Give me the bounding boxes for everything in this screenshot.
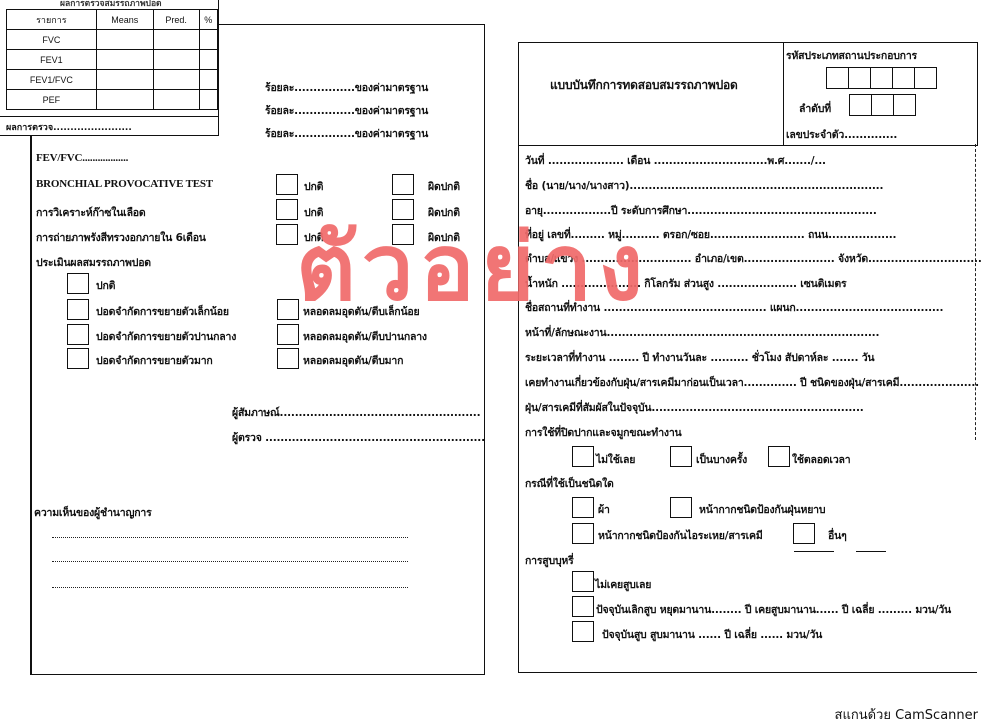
mask-always-label: ใช้ตลอดเวลา — [792, 451, 850, 468]
restrictive-mild-label: ปอดจำกัดการขยายตัวเล็กน้อย — [96, 303, 229, 320]
mask-never-checkbox[interactable] — [572, 446, 594, 467]
obstructive-severe-checkbox[interactable] — [277, 348, 299, 369]
row-label: FEV1/FVC — [7, 70, 97, 90]
header-means: Means — [96, 10, 153, 30]
fev1-percent-line: ร้อยละ................ของค่ามาตรฐาน — [265, 102, 428, 119]
pef-percent-cell[interactable] — [199, 90, 217, 110]
header-item: รายการ — [7, 10, 97, 30]
row-label: PEF — [7, 90, 97, 110]
header-percent: % — [199, 10, 217, 30]
camscanner-brand: สแกนด้วย CamScanner — [835, 704, 978, 724]
smoking-current-label[interactable]: ปัจจุบันสูบ สูบมานาน ...... ปี เฉลี่ย ..… — [602, 626, 822, 643]
mask-cloth-label: ผ้า — [598, 501, 610, 518]
business-code-digit-3[interactable] — [870, 67, 893, 89]
ratio-pred-cell[interactable] — [153, 70, 199, 90]
fvc-pred-cell[interactable] — [153, 30, 199, 50]
restrictive-severe-checkbox[interactable] — [67, 348, 89, 369]
mask-other-checkbox[interactable] — [793, 523, 815, 544]
table-row: FEV1/FVC — [7, 70, 218, 90]
header-divider — [783, 42, 784, 146]
business-code-digit-4[interactable] — [892, 67, 915, 89]
pef-pred-cell[interactable] — [153, 90, 199, 110]
right-page-edge — [975, 144, 976, 440]
table-row: FVC — [7, 30, 218, 50]
fvc-means-cell[interactable] — [96, 30, 153, 50]
smoking-never-checkbox[interactable] — [572, 571, 594, 592]
restrictive-severe-label: ปอดจำกัดการขยายตัวมาก — [96, 352, 213, 369]
smoking-quit-label[interactable]: ปัจจุบันเลิกสูบ หยุดมานาน........ ปี เคย… — [596, 601, 951, 618]
bronchial-abnormal-checkbox[interactable] — [392, 174, 414, 195]
smoking-title: การสูบบุหรี่ — [525, 552, 574, 569]
expert-opinion-line-1[interactable] — [52, 537, 408, 538]
work-duration-field[interactable]: ระยะเวลาที่ทำงาน ........ ปี ทำงานวันละ … — [525, 349, 874, 366]
sequence-digit-3[interactable] — [893, 94, 916, 116]
test-result-field[interactable]: ผลการตรวจ....................... — [6, 120, 132, 134]
examiner-field[interactable]: ผู้ตรวจ ................................… — [232, 429, 485, 446]
mask-dust-label: หน้ากากชนิดป้องกันฝุ่นหยาบ — [699, 501, 825, 518]
mask-dust-checkbox[interactable] — [670, 497, 692, 518]
spirometry-results-table: ผลการตรวจสมรรถภาพปอด รายการ Means Pred. … — [0, 0, 219, 136]
current-exposure-field[interactable]: ฝุ่น/สารเคมีที่สัมผัสในปัจจุบัน.........… — [525, 399, 864, 416]
expert-opinion-line-2[interactable] — [52, 561, 408, 562]
ratio-means-cell[interactable] — [96, 70, 153, 90]
blood-gas-normal-checkbox[interactable] — [276, 199, 298, 220]
restrictive-moderate-label: ปอดจำกัดการขยายตัวปานกลาง — [96, 328, 236, 345]
mask-usage-title: การใช้ที่ปิดปากและจมูกขณะทำงาน — [525, 424, 682, 441]
row-label: FVC — [7, 30, 97, 50]
past-exposure-field[interactable]: เคยทำงานเกี่ยวข้องกับฝุ่น/สารเคมีมาก่อนเ… — [525, 374, 979, 391]
smoking-quit-checkbox[interactable] — [572, 596, 594, 617]
mask-never-label: ไม่ใช้เลย — [596, 451, 635, 468]
date-field[interactable]: วันที่ .................... เดือน ......… — [525, 152, 826, 169]
fvc-percent-cell[interactable] — [199, 30, 217, 50]
obstructive-severe-label: หลอดลมอุดตัน/ตีบมาก — [303, 352, 403, 369]
assessment-title: ประเมินผลสมรรถภาพปอด — [36, 254, 151, 271]
restrictive-mild-checkbox[interactable] — [67, 299, 89, 320]
mask-chemical-label: หน้ากากชนิดป้องกันไอระเหย/สารเคมี — [598, 527, 763, 544]
header-pred: Pred. — [153, 10, 199, 30]
mask-cloth-checkbox[interactable] — [572, 497, 594, 518]
assessment-normal-checkbox[interactable] — [67, 273, 89, 294]
mask-other-line[interactable] — [794, 551, 834, 552]
obstructive-moderate-checkbox[interactable] — [277, 324, 299, 345]
fev1-means-cell[interactable] — [96, 50, 153, 70]
interviewer-field[interactable]: ผู้สัมภาษณ์.............................… — [232, 404, 480, 421]
mask-always-checkbox[interactable] — [768, 446, 790, 467]
fev1-percent-cell[interactable] — [199, 50, 217, 70]
sample-watermark: ตัวอย่าง — [296, 222, 649, 314]
business-code-digit-5[interactable] — [914, 67, 937, 89]
business-code-digit-2[interactable] — [848, 67, 871, 89]
table-row: FEV1 — [7, 50, 218, 70]
sequence-digit-2[interactable] — [871, 94, 894, 116]
obstructive-moderate-label: หลอดลมอุดตัน/ตีบปานกลาง — [303, 328, 427, 345]
id-number-field[interactable]: เลขประจำตัว.............. — [786, 126, 897, 143]
blood-gas-label: การวิเคราะห์ก๊าซในเลือด — [36, 204, 146, 221]
mask-sometimes-checkbox[interactable] — [670, 446, 692, 467]
expert-opinion-title: ความเห็นของผู้ชำนาญการ — [34, 504, 152, 521]
row-label: FEV1 — [7, 50, 97, 70]
name-field[interactable]: ชื่อ (นาย/นาง/นางสาว)...................… — [525, 177, 883, 194]
form-title: แบบบันทึกการทดสอบสมรรถภาพปอด — [550, 76, 738, 95]
fvc-percent-line: ร้อยละ................ของค่ามาตรฐาน — [265, 79, 428, 96]
smoking-never-label: ไม่เคยสูบเลย — [595, 576, 651, 593]
bronchial-test-label: BRONCHIAL PROVOCATIVE TEST — [36, 178, 213, 190]
ratio-percent-line: ร้อยละ................ของค่ามาตรฐาน — [265, 125, 428, 142]
table-row: PEF — [7, 90, 218, 110]
ratio-percent-cell[interactable] — [199, 70, 217, 90]
sequence-label: ลำดับที่ — [799, 100, 831, 117]
mask-type-title: กรณีที่ใช้เป็นชนิดใด — [525, 475, 614, 492]
expert-opinion-line-3[interactable] — [52, 587, 408, 588]
job-field[interactable]: หน้าที่/ลักษณะงาน.......................… — [525, 324, 879, 341]
chest-xray-normal-checkbox[interactable] — [276, 224, 298, 245]
fev1-pred-cell[interactable] — [153, 50, 199, 70]
fev-fvc-field[interactable]: FEV/FVC.................. — [36, 152, 128, 164]
table-divider — [0, 116, 218, 117]
smoking-current-checkbox[interactable] — [572, 621, 594, 642]
chest-xray-label: การถ่ายภาพรังสีทรวงอกภายใน 6เดือน — [36, 229, 206, 246]
assessment-normal-label: ปกติ — [96, 277, 115, 294]
bronchial-normal-label: ปกติ — [304, 178, 323, 195]
mask-chemical-checkbox[interactable] — [572, 523, 594, 544]
bronchial-abnormal-label: ผิดปกติ — [428, 178, 460, 195]
sequence-digit-1[interactable] — [849, 94, 872, 116]
bronchial-normal-checkbox[interactable] — [276, 174, 298, 195]
mask-other-line-2[interactable] — [856, 551, 886, 552]
business-code-label: รหัสประเภทสถานประกอบการ — [786, 47, 917, 64]
mask-other-label: อื่นๆ — [828, 527, 847, 544]
mask-sometimes-label: เป็นบางครั้ง — [696, 451, 747, 468]
business-code-digit-1[interactable] — [826, 67, 849, 89]
restrictive-moderate-checkbox[interactable] — [67, 324, 89, 345]
pef-means-cell[interactable] — [96, 90, 153, 110]
